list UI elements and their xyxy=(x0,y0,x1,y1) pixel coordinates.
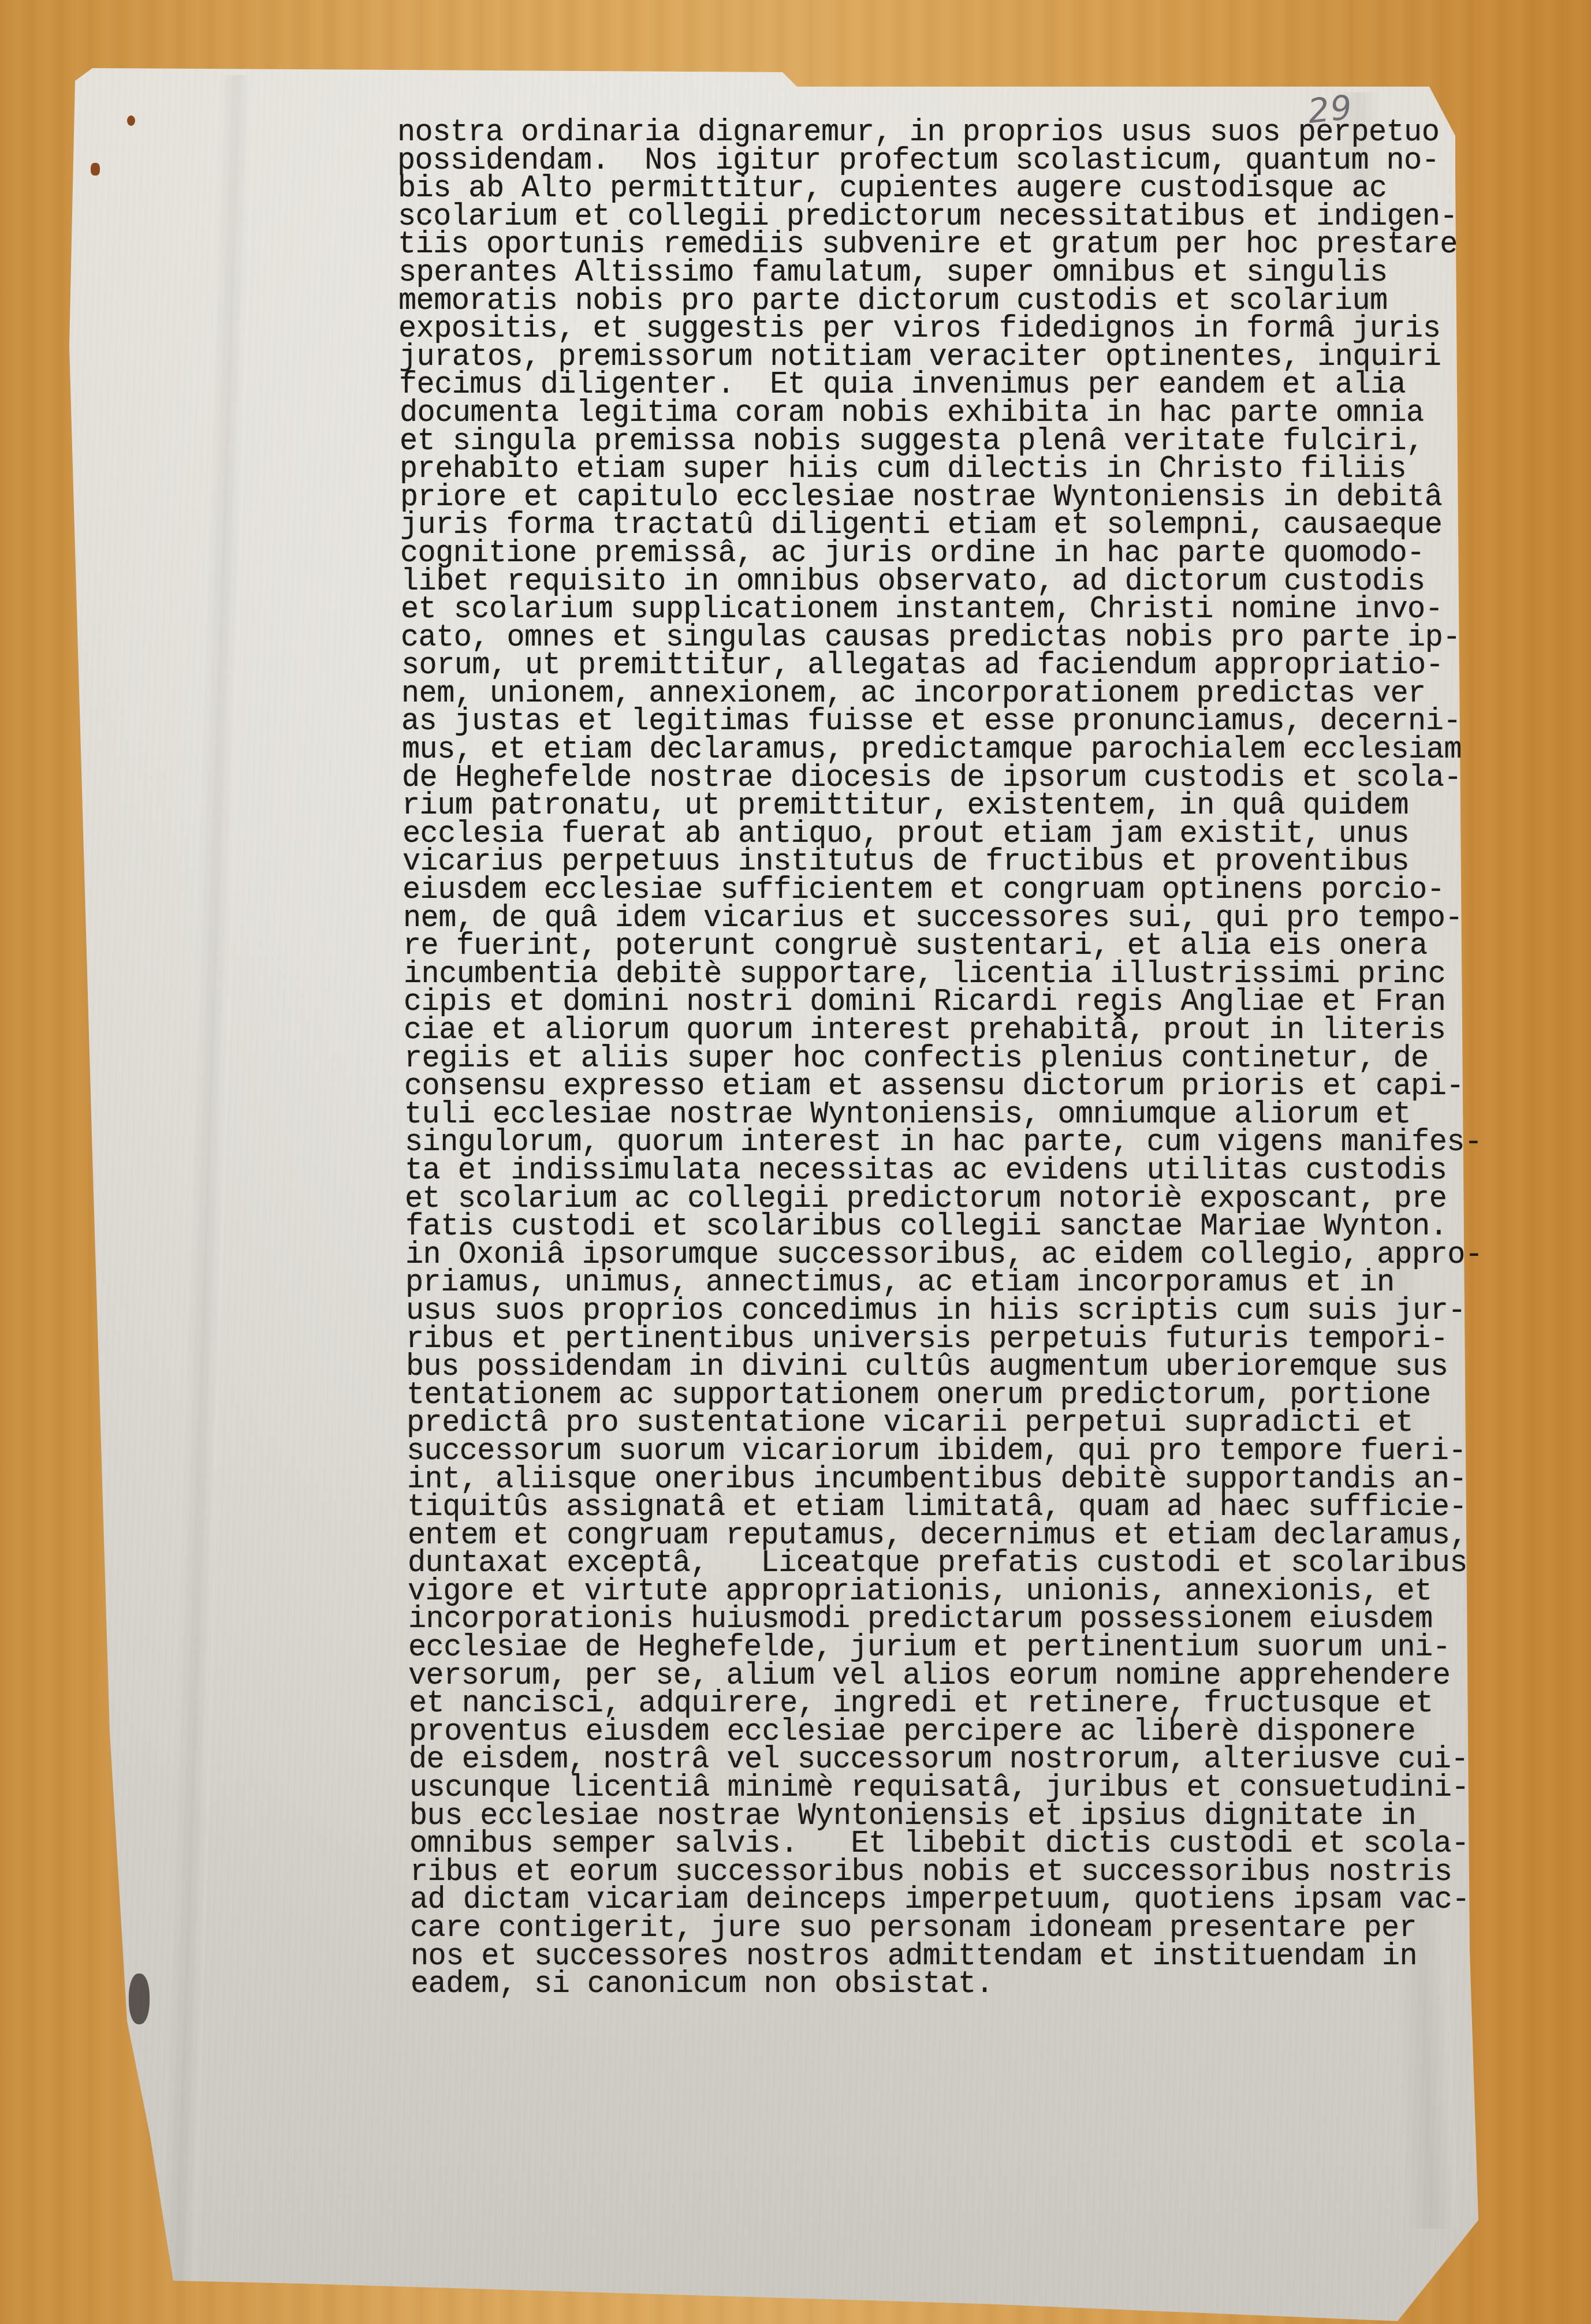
text-line: usus suos proprios concedimus in hiis sc… xyxy=(406,1297,1470,1325)
text-line: ribus et pertinentibus universis perpetu… xyxy=(406,1325,1470,1353)
text-line: re fuerint, poterunt congruè sustentari,… xyxy=(403,932,1467,960)
text-line: vigore et virtute appropriationis, union… xyxy=(408,1577,1471,1606)
text-line: ribus et eorum successoribus nobis et su… xyxy=(410,1858,1474,1886)
text-line: et scolarium ac collegii predictorum not… xyxy=(405,1185,1469,1213)
text-line: libet requisito in omnibus observato, ad… xyxy=(401,568,1465,596)
text-line: vicarius perpetuus institutus de fructib… xyxy=(403,848,1466,876)
text-line: int, aliisque oneribus incumbentibus deb… xyxy=(407,1465,1471,1494)
text-line: rium patronatu, ut premittitur, existent… xyxy=(402,792,1466,820)
paper-tear-mark xyxy=(91,163,100,176)
text-line: tiquitûs assignatâ et etiam limitatâ, qu… xyxy=(407,1493,1471,1521)
text-line: duntaxat exceptâ, Liceatque prefatis cus… xyxy=(408,1549,1471,1577)
text-line: nos et successores nostros admittendam e… xyxy=(411,1942,1474,1971)
text-line: bus possidendam in divini cultûs augment… xyxy=(406,1353,1470,1381)
text-line: et nancisci, adquirere, ingredi et retin… xyxy=(409,1689,1473,1718)
text-line: tiis oportunis remediis subvenire et gra… xyxy=(398,230,1462,259)
text-line: fecimus diligenter. Et quia invenimus pe… xyxy=(399,371,1463,399)
text-line: priore et capitulo ecclesiae nostrae Wyn… xyxy=(400,483,1464,512)
text-line: expositis, et suggestis per viros fidedi… xyxy=(398,315,1462,343)
typed-text-body: nostra ordinaria dignaremur, in proprios… xyxy=(397,118,1483,1998)
text-line: care contigerit, jure suo personam idone… xyxy=(410,1914,1474,1942)
text-line: cato, omnes et singulas causas predictas… xyxy=(401,624,1465,652)
text-line: versorum, per se, alium vel alios eorum … xyxy=(408,1662,1472,1690)
text-line: omnibus semper salvis. Et libebit dictis… xyxy=(409,1830,1473,1858)
text-line: juris forma tractatû diligenti etiam et … xyxy=(400,511,1464,539)
text-line: memoratis nobis pro parte dictorum custo… xyxy=(398,287,1462,315)
text-line: tuli ecclesiae nostrae Wyntoniensis, omn… xyxy=(404,1101,1468,1129)
text-line: incorporationis huiusmodi predictarum po… xyxy=(408,1605,1472,1633)
text-line: priamus, unimus, annectimus, ac etiam in… xyxy=(405,1269,1469,1297)
text-line: eiusdem ecclesiae sufficientem et congru… xyxy=(403,876,1466,904)
text-line: ta et indissimulata necessitas ac eviden… xyxy=(405,1157,1469,1185)
text-line: predictâ pro sustentatione vicarii perpe… xyxy=(407,1409,1470,1437)
text-line: cognitione premissâ, ac juris ordine in … xyxy=(400,539,1464,568)
text-line: in Oxoniâ ipsorumque successoribus, ac e… xyxy=(405,1241,1469,1269)
text-line: ecclesiae de Heghefelde, jurium et perti… xyxy=(408,1633,1472,1662)
text-line: possidendam. Nos igitur profectum scolas… xyxy=(397,147,1461,175)
text-line: ad dictam vicariam deinceps imperpetuum,… xyxy=(410,1886,1474,1914)
text-line: uscunque licentiâ minimè requisatâ, juri… xyxy=(409,1774,1473,1802)
text-line: proventus eiusdem ecclesiae percipere ac… xyxy=(409,1718,1473,1746)
text-line: et scolarium supplicationem instantem, C… xyxy=(401,595,1465,624)
text-line: cipis et domini nostri domini Ricardi re… xyxy=(404,988,1467,1016)
text-line: documenta legitima coram nobis exhibita … xyxy=(400,399,1463,427)
text-line: nem, unionem, annexionem, ac incorporati… xyxy=(401,680,1465,708)
paper-tear-mark xyxy=(127,115,135,126)
text-line: incumbentia debitè supportare, licentia … xyxy=(404,960,1467,988)
text-line: regiis et aliis super hoc confectis plen… xyxy=(404,1045,1468,1073)
text-line: as justas et legitimas fuisse et esse pr… xyxy=(401,707,1465,736)
text-line: sorum, ut premittitur, allegatas ad faci… xyxy=(401,651,1465,680)
text-line: nostra ordinaria dignaremur, in proprios… xyxy=(397,118,1461,147)
ink-smudge xyxy=(129,1974,150,2024)
text-line: scolarium et collegii predictorum necess… xyxy=(398,203,1462,231)
text-line: entem et congruam reputamus, decernimus … xyxy=(408,1521,1471,1550)
text-line: juratos, premissorum notitiam veraciter … xyxy=(399,343,1463,371)
text-line: et singula premissa nobis suggesta plenâ… xyxy=(400,427,1463,456)
text-line: de eisdem, nostrâ vel successorum nostro… xyxy=(409,1745,1473,1774)
text-line: singulorum, quorum interest in hac parte… xyxy=(405,1128,1469,1157)
text-line: bus ecclesiae nostrae Wyntoniensis et ip… xyxy=(409,1802,1473,1830)
text-line: ciae et aliorum quorum interest prehabit… xyxy=(404,1016,1467,1045)
text-line: prehabito etiam super hiis cum dilectis … xyxy=(400,455,1463,483)
text-line: eadem, si canonicum non obsistat. xyxy=(411,1970,1474,1998)
text-line: de Heghefelde nostrae diocesis de ipsoru… xyxy=(402,764,1466,792)
text-line: bis ab Alto permittitur, cupientes auger… xyxy=(398,174,1462,203)
text-line: successorum suorum vicariorum ibidem, qu… xyxy=(407,1437,1470,1465)
text-line: sperantes Altissimo famulatum, super omn… xyxy=(398,259,1462,287)
text-line: fatis custodi et scolaribus collegii san… xyxy=(405,1213,1469,1241)
text-line: tentationem ac supportationem onerum pre… xyxy=(407,1381,1470,1409)
text-line: mus, et etiam declaramus, predictamque p… xyxy=(402,736,1466,764)
paper-fold xyxy=(162,75,254,2286)
text-line: nem, de quâ idem vicarius et successores… xyxy=(403,904,1467,932)
text-line: consensu expresso etiam et assensu dicto… xyxy=(404,1072,1468,1101)
text-line: ecclesia fuerat ab antiquo, prout etiam … xyxy=(403,820,1466,848)
